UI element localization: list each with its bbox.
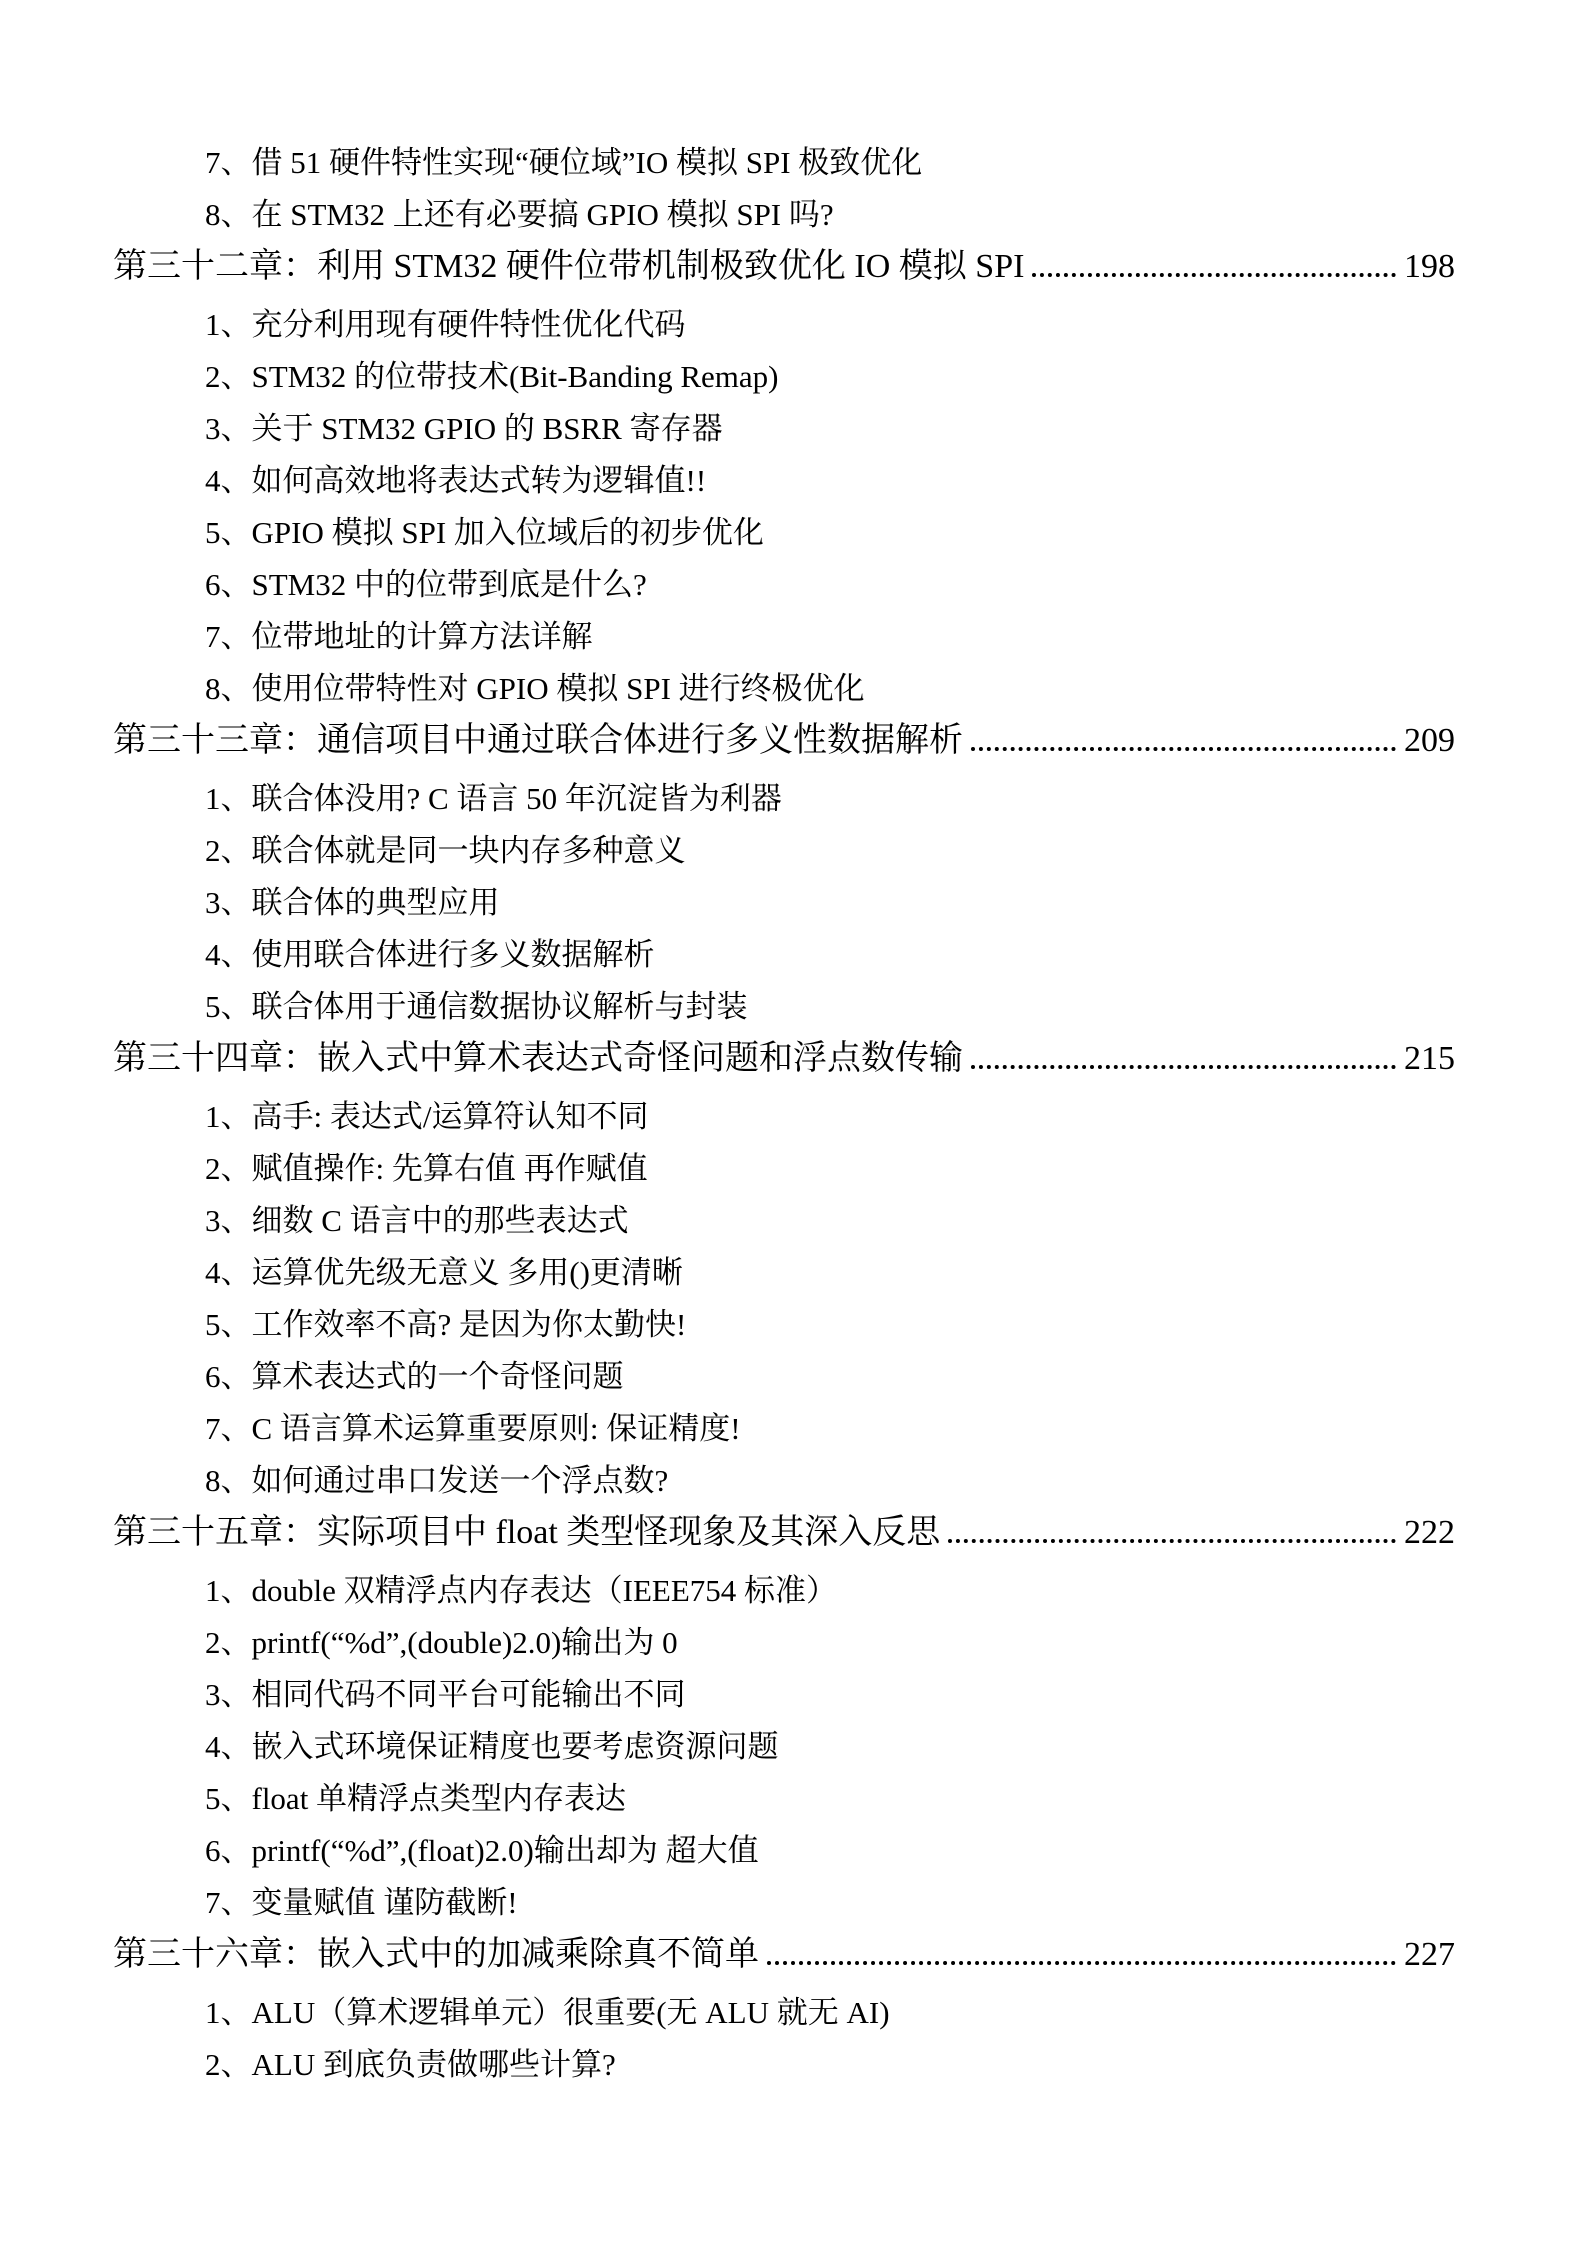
toc-item-row[interactable]: 1、高手: 表达式/运算符认知不同 [113,1091,1455,1143]
entry-text: 5、GPIO 模拟 SPI 加入位域后的初步优化 [205,507,764,559]
toc-item-row[interactable]: 3、相同代码不同平台可能输出不同 [113,1669,1455,1721]
toc-list: 7、借 51 硬件特性实现“硬位域”IO 模拟 SPI 极致优化8、在 STM3… [113,137,1455,2091]
entry-text: 4、运算优先级无意义 多用()更清晰 [205,1247,683,1299]
entry-text: 1、联合体没用? C 语言 50 年沉淀皆为利器 [205,773,782,825]
entry-text: 2、STM32 的位带技术(Bit-Banding Remap) [205,351,778,403]
toc-item-row[interactable]: 5、联合体用于通信数据协议解析与封装 [113,981,1455,1033]
toc-item-row[interactable]: 1、ALU（算术逻辑单元）很重要(无 ALU 就无 AI) [113,1987,1455,2039]
entry-text: 3、关于 STM32 GPIO 的 BSRR 寄存器 [205,403,723,455]
entry-text: 第三十五章：实际项目中 float 类型怪现象及其深入反思 [113,1507,940,1559]
entry-text: 5、工作效率不高? 是因为你太勤快! [205,1299,686,1351]
toc-item-row[interactable]: 4、使用联合体进行多义数据解析 [113,929,1455,981]
entry-text: 2、赋值操作: 先算右值 再作赋值 [205,1143,648,1195]
toc-item-row[interactable]: 2、ALU 到底负责做哪些计算? [113,2039,1455,2091]
toc-chapter-row[interactable]: 第三十六章：嵌入式中的加减乘除真不简单227 [113,1929,1455,1981]
toc-item-row[interactable]: 2、联合体就是同一块内存多种意义 [113,825,1455,877]
entry-text: 第三十二章：利用 STM32 硬件位带机制极致优化 IO 模拟 SPI [113,241,1024,293]
toc-page: 7、借 51 硬件特性实现“硬位域”IO 模拟 SPI 极致优化8、在 STM3… [0,0,1587,2245]
page-number: 198 [1404,241,1455,293]
dot-leader [948,1539,1396,1543]
toc-item-row[interactable]: 8、使用位带特性对 GPIO 模拟 SPI 进行终极优化 [113,663,1455,715]
entry-text: 3、相同代码不同平台可能输出不同 [205,1669,686,1721]
dot-leader [767,1961,1396,1965]
toc-item-row[interactable]: 5、工作效率不高? 是因为你太勤快! [113,1299,1455,1351]
entry-text: 6、算术表达式的一个奇怪问题 [205,1351,624,1403]
entry-text: 1、ALU（算术逻辑单元）很重要(无 ALU 就无 AI) [205,1987,890,2039]
toc-item-row[interactable]: 6、STM32 中的位带到底是什么? [113,559,1455,611]
page-number: 222 [1404,1507,1455,1559]
page-number: 227 [1404,1929,1455,1981]
dot-leader [971,1065,1396,1069]
toc-item-row[interactable]: 3、细数 C 语言中的那些表达式 [113,1195,1455,1247]
toc-item-row[interactable]: 3、联合体的典型应用 [113,877,1455,929]
entry-text: 7、位带地址的计算方法详解 [205,611,593,663]
entry-text: 5、float 单精浮点类型内存表达 [205,1773,626,1825]
entry-text: 7、C 语言算术运算重要原则: 保证精度! [205,1403,741,1455]
toc-item-row[interactable]: 7、变量赋值 谨防截断! [113,1877,1455,1929]
toc-item-row[interactable]: 1、联合体没用? C 语言 50 年沉淀皆为利器 [113,773,1455,825]
entry-text: 5、联合体用于通信数据协议解析与封装 [205,981,748,1033]
entry-text: 7、借 51 硬件特性实现“硬位域”IO 模拟 SPI 极致优化 [205,137,922,189]
toc-item-row[interactable]: 8、如何通过串口发送一个浮点数? [113,1455,1455,1507]
entry-text: 2、ALU 到底负责做哪些计算? [205,2039,616,2091]
entry-text: 2、联合体就是同一块内存多种意义 [205,825,686,877]
entry-text: 3、联合体的典型应用 [205,877,500,929]
toc-item-row[interactable]: 1、充分利用现有硬件特性优化代码 [113,299,1455,351]
entry-text: 第三十六章：嵌入式中的加减乘除真不简单 [113,1929,759,1981]
toc-item-row[interactable]: 2、printf(“%d”,(double)2.0)输出为 0 [113,1617,1455,1669]
entry-text: 7、变量赋值 谨防截断! [205,1877,518,1929]
toc-item-row[interactable]: 7、位带地址的计算方法详解 [113,611,1455,663]
toc-item-row[interactable]: 2、赋值操作: 先算右值 再作赋值 [113,1143,1455,1195]
entry-text: 1、充分利用现有硬件特性优化代码 [205,299,686,351]
toc-item-row[interactable]: 4、嵌入式环境保证精度也要考虑资源问题 [113,1721,1455,1773]
toc-item-row[interactable]: 5、GPIO 模拟 SPI 加入位域后的初步优化 [113,507,1455,559]
toc-item-row[interactable]: 7、C 语言算术运算重要原则: 保证精度! [113,1403,1455,1455]
entry-text: 6、STM32 中的位带到底是什么? [205,559,647,611]
toc-item-row[interactable]: 8、在 STM32 上还有必要搞 GPIO 模拟 SPI 吗? [113,189,1455,241]
toc-item-row[interactable]: 5、float 单精浮点类型内存表达 [113,1773,1455,1825]
entry-text: 第三十四章：嵌入式中算术表达式奇怪问题和浮点数传输 [113,1033,963,1085]
entry-text: 4、使用联合体进行多义数据解析 [205,929,655,981]
page-number: 215 [1404,1033,1455,1085]
toc-item-row[interactable]: 1、double 双精浮点内存表达（IEEE754 标准） [113,1565,1455,1617]
entry-text: 1、高手: 表达式/运算符认知不同 [205,1091,648,1143]
entry-text: 4、如何高效地将表达式转为逻辑值!! [205,455,706,507]
toc-chapter-row[interactable]: 第三十四章：嵌入式中算术表达式奇怪问题和浮点数传输215 [113,1033,1455,1085]
toc-chapter-row[interactable]: 第三十三章：通信项目中通过联合体进行多义性数据解析209 [113,715,1455,767]
toc-item-row[interactable]: 7、借 51 硬件特性实现“硬位域”IO 模拟 SPI 极致优化 [113,137,1455,189]
entry-text: 3、细数 C 语言中的那些表达式 [205,1195,629,1247]
toc-chapter-row[interactable]: 第三十二章：利用 STM32 硬件位带机制极致优化 IO 模拟 SPI198 [113,241,1455,293]
toc-item-row[interactable]: 3、关于 STM32 GPIO 的 BSRR 寄存器 [113,403,1455,455]
dot-leader [1032,273,1396,277]
entry-text: 2、printf(“%d”,(double)2.0)输出为 0 [205,1617,678,1669]
entry-text: 8、在 STM32 上还有必要搞 GPIO 模拟 SPI 吗? [205,189,834,241]
entry-text: 4、嵌入式环境保证精度也要考虑资源问题 [205,1721,779,1773]
entry-text: 1、double 双精浮点内存表达（IEEE754 标准） [205,1565,837,1617]
toc-item-row[interactable]: 2、STM32 的位带技术(Bit-Banding Remap) [113,351,1455,403]
page-number: 209 [1404,715,1455,767]
dot-leader [971,747,1396,751]
entry-text: 8、如何通过串口发送一个浮点数? [205,1455,668,1507]
toc-chapter-row[interactable]: 第三十五章：实际项目中 float 类型怪现象及其深入反思222 [113,1507,1455,1559]
entry-text: 第三十三章：通信项目中通过联合体进行多义性数据解析 [113,715,963,767]
toc-item-row[interactable]: 4、如何高效地将表达式转为逻辑值!! [113,455,1455,507]
entry-text: 8、使用位带特性对 GPIO 模拟 SPI 进行终极优化 [205,663,865,715]
entry-text: 6、printf(“%d”,(float)2.0)输出却为 超大值 [205,1825,759,1877]
toc-item-row[interactable]: 4、运算优先级无意义 多用()更清晰 [113,1247,1455,1299]
toc-item-row[interactable]: 6、printf(“%d”,(float)2.0)输出却为 超大值 [113,1825,1455,1877]
toc-item-row[interactable]: 6、算术表达式的一个奇怪问题 [113,1351,1455,1403]
